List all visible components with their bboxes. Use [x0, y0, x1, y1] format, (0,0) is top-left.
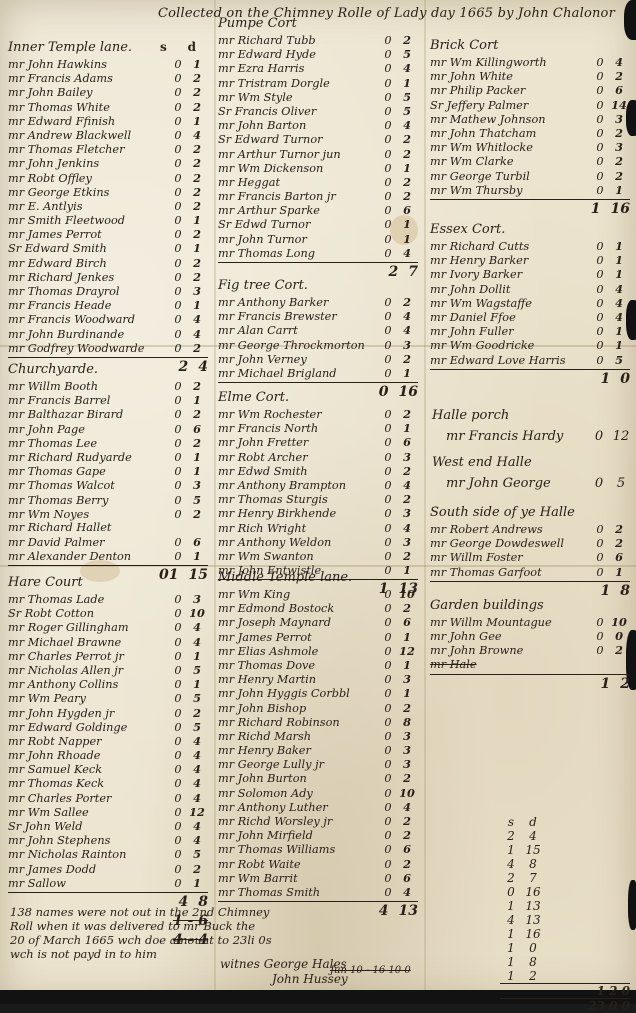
- ledger-entry: mr Willm Booth02: [8, 379, 208, 393]
- householder-name: mr Thomas Lade: [8, 593, 170, 606]
- ledger-entry: mr Thomas Smith04: [218, 885, 418, 899]
- householder-name: mr Henry Birkhende: [218, 507, 380, 520]
- householder-name: mr Robt Napper: [8, 735, 170, 748]
- ledger-entry: mr Nicholas Rainton05: [8, 847, 208, 861]
- pence-value: 3: [396, 672, 418, 686]
- shillings-value: 0: [170, 437, 186, 450]
- ledger-entry: mr John Mirfield02: [218, 828, 418, 842]
- householder-name: mr James Perrot: [8, 228, 170, 241]
- householder-name: mr Wm Swanton: [218, 550, 380, 563]
- pence-value: 2: [186, 156, 208, 170]
- section-total: 12: [430, 674, 630, 692]
- householder-name: mr Thomas White: [8, 101, 170, 114]
- section-halle-porch: Halle porchmr Francis Hardy012: [432, 408, 632, 444]
- householder-name: mr Willm Mountague: [430, 616, 592, 629]
- section-title: Middle Temple lane.: [218, 570, 418, 585]
- shillings-value: 0: [380, 133, 396, 146]
- ledger-entry: mr Arthur Turnor jun02: [218, 147, 418, 161]
- ledger-entry: mr Tristram Dorgle01: [218, 76, 418, 90]
- householder-name: mr Thomas Drayrol: [8, 285, 170, 298]
- ledger-entry: mr James Perrot02: [8, 227, 208, 241]
- householder-name: mr Wm Thursby: [430, 184, 592, 197]
- pence-value: 0: [608, 629, 630, 643]
- shillings-value: 0: [170, 328, 186, 341]
- ledger-entry: mr Francis Barton jr02: [218, 189, 418, 203]
- householder-name: mr John Mirfield: [218, 829, 380, 842]
- householder-name: mr Heggat: [218, 176, 380, 189]
- pence-value: 1: [186, 549, 208, 563]
- summary-value: 4: [522, 829, 544, 843]
- shillings-value: 0: [380, 744, 396, 757]
- householder-name: mr Edward Love Harris: [430, 354, 592, 367]
- householder-name: mr Robert Andrews: [430, 523, 592, 536]
- householder-name: mr John Barton: [218, 119, 380, 132]
- householder-name: mr Edmond Bostock: [218, 602, 380, 615]
- pence-value: 1: [396, 686, 418, 700]
- householder-name: mr Alan Carrt: [218, 324, 380, 337]
- ledger-entry: mr Wm Goodricke01: [430, 338, 630, 352]
- pence-value: 2: [186, 341, 208, 355]
- householder-name: mr Mathew Johnson: [430, 113, 592, 126]
- shillings-value: 0: [380, 507, 396, 520]
- ledger-entry: mr Richd Marsh03: [218, 729, 418, 743]
- ledger-entry: mr Philip Packer06: [430, 83, 630, 97]
- summary-value: 1: [500, 941, 522, 955]
- shillings-value: 0: [592, 630, 608, 643]
- shillings-value: 0: [380, 176, 396, 189]
- pence-value: 2: [186, 436, 208, 450]
- pence-value: 2: [608, 126, 630, 140]
- shillings-value: 0: [170, 129, 186, 142]
- householder-name: mr Wm Killingworth: [430, 56, 592, 69]
- shillings-value: 0: [170, 494, 186, 507]
- shillings-value: 0: [380, 451, 396, 464]
- shillings-value: 0: [592, 113, 608, 126]
- ledger-entry: mr Wm Noyes02: [8, 507, 208, 521]
- total-shillings: 1: [601, 583, 611, 599]
- householder-name: mr Anthony Collins: [8, 678, 170, 691]
- householder-name: mr Michael Brawne: [8, 636, 170, 649]
- shillings-value: 0: [380, 162, 396, 175]
- shillings-value: 0: [170, 721, 186, 734]
- shillings-value: 0: [380, 436, 396, 449]
- ledger-entry: mr Thomas Fletcher02: [8, 142, 208, 156]
- pence-value: 1: [186, 876, 208, 890]
- pence-value: 4: [186, 762, 208, 776]
- householder-name: mr Henry Barker: [430, 254, 592, 267]
- ledger-entry: mr Wm Killingworth04: [430, 55, 630, 69]
- householder-name: mr George Dowdeswell: [430, 537, 592, 550]
- shillings-value: 0: [170, 214, 186, 227]
- pence-value: 3: [396, 757, 418, 771]
- ledger-entry: mr Samuel Keck04: [8, 762, 208, 776]
- shillings-value: 0: [170, 72, 186, 85]
- shillings-value: 0: [380, 119, 396, 132]
- householder-name: mr John Hyggis Corbbl: [218, 687, 380, 700]
- shillings-value: 0: [380, 367, 396, 380]
- ledger-entry: mr Charles Perrot jr01: [8, 649, 208, 663]
- ledger-entry: mr E. Antlyis02: [8, 199, 208, 213]
- shillings-value: 0: [170, 508, 186, 521]
- householder-name: mr Richd Marsh: [218, 730, 380, 743]
- ledger-entry: mr John Rhoade04: [8, 748, 208, 762]
- householder-name: mr John Hawkins: [8, 58, 170, 71]
- ledger-entry: mr John Burton02: [218, 771, 418, 785]
- householder-name: mr Thomas Williams: [218, 843, 380, 856]
- ledger-entry: mr John Hawkins01: [8, 57, 208, 71]
- summary-value: 8: [522, 955, 544, 969]
- pence-value: 4: [396, 323, 418, 337]
- shillings-value: 0: [170, 271, 186, 284]
- pence-value: 4: [186, 833, 208, 847]
- pence-value: 1: [186, 114, 208, 128]
- pence-value: 1: [186, 57, 208, 71]
- ledger-entry: mr Edward Goldinge05: [8, 720, 208, 734]
- shillings-value: 0: [170, 451, 186, 464]
- ledger-entry: mr Michael Brigland01: [218, 366, 418, 380]
- householder-name: mr Roger Gillingham: [8, 621, 170, 634]
- ledger-entry: mr Daniel Ffoe04: [430, 310, 630, 324]
- shillings-value: 0: [592, 616, 608, 629]
- householder-name: mr Willm Booth: [8, 380, 170, 393]
- ledger-entry: mr Arthur Sparke06: [218, 203, 418, 217]
- pence-value: 12: [396, 644, 418, 658]
- witness-signature: John Hussey: [272, 972, 348, 986]
- shillings-value: 0: [170, 863, 186, 876]
- pence-value: 2: [396, 857, 418, 871]
- shillings-value: 0: [170, 607, 186, 620]
- pence-value: 1: [608, 183, 630, 197]
- householder-name: mr Godfrey Woodwarde: [8, 342, 170, 355]
- ledger-entry: mr Richard Cutts01: [430, 239, 630, 253]
- pence-value: 1: [186, 464, 208, 478]
- section-inner-temple-lane: Inner Temple lane.mr John Hawkins01mr Fr…: [8, 40, 208, 375]
- shillings-value: 0: [170, 650, 186, 663]
- pence-value: 4: [396, 309, 418, 323]
- householder-name: mr Andrew Blackwell: [8, 129, 170, 142]
- summary-value: 1: [500, 969, 522, 983]
- note-line: 138 names were not out in the 2nd Chimne…: [10, 905, 350, 919]
- pence-value: 1: [396, 630, 418, 644]
- shillings-value: 0: [170, 479, 186, 492]
- ledger-entry: mr George Lully jr03: [218, 757, 418, 771]
- manuscript-page: Collected on the Chimney Rolle of Lady d…: [0, 0, 636, 1000]
- total-shillings: 1: [601, 676, 611, 692]
- ledger-entry: mr Edwd Smith02: [218, 464, 418, 478]
- ledger-entry: mr Smith Fleetwood01: [8, 213, 208, 227]
- pence-value: 4: [396, 800, 418, 814]
- ledger-entry: mr Ivory Barker01: [430, 267, 630, 281]
- section-elme-cort: Elme Cort.mr Wm Rochester02mr Francis No…: [218, 390, 418, 597]
- shillings-value: 0: [592, 523, 608, 536]
- pence-value: 4: [396, 521, 418, 535]
- householder-name: mr John Fuller: [430, 325, 592, 338]
- summary-value: 2: [500, 829, 522, 843]
- pence-value: 3: [396, 450, 418, 464]
- shillings-value: 0: [170, 465, 186, 478]
- householder-name: Sr Edward Smith: [8, 242, 170, 255]
- householder-name: mr Francis Woodward: [8, 313, 170, 326]
- householder-name: mr Philip Packer: [430, 84, 592, 97]
- pence-value: 1: [608, 267, 630, 281]
- pence-value: 5: [610, 476, 632, 491]
- ledger-entry: mr Hale: [430, 658, 630, 672]
- section-hare-court: Hare Courtmr Thomas Lade03Sr Robt Cotton…: [8, 575, 208, 948]
- pence-value: 2: [186, 270, 208, 284]
- householder-name: mr John Bailey: [8, 86, 170, 99]
- shillings-value: 0: [592, 566, 608, 579]
- summary-value: 0: [500, 885, 522, 899]
- householder-name: mr Nicholas Rainton: [8, 848, 170, 861]
- ledger-entry: mr Balthazar Birard02: [8, 407, 208, 421]
- householder-name: mr Daniel Ffoe: [430, 311, 592, 324]
- witness-block: witnes George Hales John Hussey: [220, 957, 348, 987]
- householder-name: mr Wm Dickenson: [218, 162, 380, 175]
- householder-name: mr Willm Foster: [430, 551, 592, 564]
- householder-name: mr Richard Cutts: [430, 240, 592, 253]
- ledger-entry: mr George Turbil02: [430, 169, 630, 183]
- ledger-entry: mr Richard Hallet: [8, 521, 208, 535]
- pence-value: 1: [608, 565, 630, 579]
- householder-name: mr Nicholas Allen jr: [8, 664, 170, 677]
- ledger-entry: mr Thomas Lade03: [8, 592, 208, 606]
- shillings-value: 0: [592, 141, 608, 154]
- ledger-entry: mr Charles Porter04: [8, 791, 208, 805]
- pence-value: 2: [608, 169, 630, 183]
- pence-value: 2: [186, 71, 208, 85]
- ledger-entry: mr Robt Napper04: [8, 734, 208, 748]
- shillings-value: 0: [380, 616, 396, 629]
- householder-name: mr Henry Martin: [218, 673, 380, 686]
- ledger-entry: mr Willm Foster06: [430, 550, 630, 564]
- ledger-entry: mr Edward Love Harris05: [430, 353, 630, 367]
- summary-row: 18: [500, 955, 630, 969]
- shillings-value: 0: [380, 422, 396, 435]
- total-shillings: 4: [379, 903, 389, 919]
- shillings-value: 0: [380, 190, 396, 203]
- householder-name: mr Wm Goodricke: [430, 339, 592, 352]
- shillings-value: 0: [592, 127, 608, 140]
- total-pence: 16: [611, 201, 630, 217]
- summary-value: 0: [522, 941, 544, 955]
- total-pence: 8: [620, 583, 630, 599]
- householder-name: mr Wm Style: [218, 91, 380, 104]
- ledger-entry: mr Edmond Bostock02: [218, 601, 418, 615]
- shillings-value: 0: [380, 886, 396, 899]
- summary-value: 1: [500, 927, 522, 941]
- ledger-entry: mr Wm Peary05: [8, 691, 208, 705]
- pence-value: 3: [608, 140, 630, 154]
- ledger-entry: mr Edward Ffinish01: [8, 114, 208, 128]
- pence-value: 5: [186, 691, 208, 705]
- householder-name: mr Thomas Berry: [8, 494, 170, 507]
- pence-value: 1: [186, 213, 208, 227]
- pence-value: 8: [396, 715, 418, 729]
- ledger-entry: mr George Etkins02: [8, 185, 208, 199]
- shillings-value: 0: [380, 77, 396, 90]
- ledger-entry: mr John Hygden jr02: [8, 706, 208, 720]
- section-churchyarde: Churchyarde.mr Willm Booth02mr Francis B…: [8, 362, 208, 583]
- ledger-entry: mr Thomas Drayrol03: [8, 284, 208, 298]
- householder-name: mr Ezra Harris: [218, 62, 380, 75]
- ledger-entry: mr Thomas Garfoot01: [430, 565, 630, 579]
- total-pence: 0: [620, 371, 630, 387]
- shillings-value: 0: [592, 70, 608, 83]
- ledger-entry: Sr Edward Smith01: [8, 241, 208, 255]
- householder-name: mr John Stephens: [8, 834, 170, 847]
- householder-name: mr Michael Brigland: [218, 367, 380, 380]
- householder-name: mr Elias Ashmole: [218, 645, 380, 658]
- shillings-value: 0: [380, 233, 396, 246]
- summary-row: 27: [500, 871, 630, 885]
- householder-name: mr James Dodd: [8, 863, 170, 876]
- pence-value: 10: [608, 615, 630, 629]
- section-title: Garden buildings: [430, 598, 630, 613]
- ledger-entry: mr Henry Barker01: [430, 253, 630, 267]
- shillings-value: 0: [170, 806, 186, 819]
- shillings-value: 0: [380, 34, 396, 47]
- pence-value: 3: [396, 729, 418, 743]
- householder-name: mr Anthony Luther: [218, 801, 380, 814]
- householder-name: mr John Verney: [218, 353, 380, 366]
- summary-value: 16: [522, 927, 544, 941]
- summary-subtotal: 1 2 0: [500, 983, 630, 998]
- pence-value: 2: [396, 828, 418, 842]
- ledger-entry: mr Wm Swanton02: [218, 549, 418, 563]
- ledger-entry: mr George Dowdeswell02: [430, 536, 630, 550]
- pence-value: 1: [186, 677, 208, 691]
- shillings-value: 0: [380, 536, 396, 549]
- pence-value: 1: [186, 649, 208, 663]
- shillings-value: 0: [592, 170, 608, 183]
- pence-value: 4: [186, 734, 208, 748]
- shillings-value: 0: [170, 342, 186, 355]
- shillings-value: 0: [380, 62, 396, 75]
- shillings-value: 0: [170, 380, 186, 393]
- pence-value: 4: [186, 620, 208, 634]
- householder-name: mr Thomas Lee: [8, 437, 170, 450]
- shillings-value: 0: [170, 242, 186, 255]
- pence-value: 4: [608, 296, 630, 310]
- ledger-entry: mr John Stephens04: [8, 833, 208, 847]
- householder-name: mr Wm King: [218, 588, 380, 601]
- pence-value: 1: [186, 298, 208, 312]
- pence-value: 3: [186, 478, 208, 492]
- shillings-value: 0: [380, 716, 396, 729]
- shillings-value: 0: [380, 702, 396, 715]
- pence-value: 2: [396, 175, 418, 189]
- householder-name: Sr Edwd Turnor: [218, 218, 380, 231]
- householder-name: mr Alexander Denton: [8, 550, 170, 563]
- ledger-entry: mr Wm Thursby01: [430, 183, 630, 197]
- summary-value: 15: [522, 843, 544, 857]
- householder-name: mr Thomas Fletcher: [8, 143, 170, 156]
- ledger-entry: mr Wm Clarke02: [430, 154, 630, 168]
- shillings-value: 0: [380, 843, 396, 856]
- householder-name: Sr Francis Oliver: [218, 105, 380, 118]
- householder-name: mr James Perrot: [218, 631, 380, 644]
- ledger-entry: mr Andrew Blackwell04: [8, 128, 208, 142]
- shillings-value: 0: [170, 115, 186, 128]
- shillings-value: 0: [170, 228, 186, 241]
- householder-name: mr Francis Barton jr: [218, 190, 380, 203]
- ledger-entry: mr Wm Rochester02: [218, 407, 418, 421]
- ledger-entry: mr John Bailey02: [8, 85, 208, 99]
- shillings-value: 0: [592, 184, 608, 197]
- shillings-value: 0: [380, 479, 396, 492]
- pence-value: 2: [396, 189, 418, 203]
- pence-value: 6: [396, 842, 418, 856]
- ledger-entry: mr David Palmer06: [8, 535, 208, 549]
- householder-name: mr Wm Whitlocke: [430, 141, 592, 154]
- shillings-value: 0: [380, 801, 396, 814]
- householder-name: mr John Page: [8, 423, 170, 436]
- shillings-value: 0: [380, 631, 396, 644]
- shillings-value: 0: [170, 58, 186, 71]
- ledger-entry: mr Godfrey Woodwarde02: [8, 341, 208, 355]
- shillings-value: 0: [380, 730, 396, 743]
- section-fig-tree-cort: Fig tree Cort.mr Anthony Barker02mr Fran…: [218, 278, 418, 400]
- ledger-entry: mr Thomas Keck04: [8, 776, 208, 790]
- pence-value: 10: [396, 786, 418, 800]
- total-pence: 2: [620, 676, 630, 692]
- ledger-entry: mr Thomas Berry05: [8, 493, 208, 507]
- pence-value: 2: [608, 536, 630, 550]
- householder-name: mr John Turnor: [218, 233, 380, 246]
- householder-name: mr Francis North: [218, 422, 380, 435]
- section-brick-cort: Brick Cortmr Wm Killingworth04mr John Wh…: [430, 38, 630, 217]
- ledger-entry: mr Henry Martin03: [218, 672, 418, 686]
- shillings-value: 0: [592, 339, 608, 352]
- note-paragraph: 138 names were not out in the 2nd Chimne…: [10, 905, 350, 961]
- householder-name: mr Anthony Brampton: [218, 479, 380, 492]
- summary-row: 016: [500, 885, 630, 899]
- shillings-value: 0: [592, 240, 608, 253]
- householder-name: mr John Thatcham: [430, 127, 592, 140]
- ledger-entry: mr Roger Gillingham04: [8, 620, 208, 634]
- pence-value: 6: [608, 550, 630, 564]
- pence-value: 3: [396, 535, 418, 549]
- pence-value: 2: [186, 171, 208, 185]
- section-total: 10: [430, 369, 630, 387]
- ledger-entry: mr Ezra Harris04: [218, 61, 418, 75]
- shillings-value: 0: [592, 99, 608, 112]
- ledger-entry: mr Sallow01: [8, 876, 208, 890]
- ledger-entry: mr Solomon Ady010: [218, 786, 418, 800]
- ledger-entry: mr James Perrot01: [218, 630, 418, 644]
- pence-value: 2: [186, 256, 208, 270]
- shillings-value: 0: [380, 493, 396, 506]
- pence-value: 5: [608, 353, 630, 367]
- shillings-value: 0: [380, 787, 396, 800]
- section-title: Churchyarde.: [8, 362, 208, 377]
- pence-value: 6: [608, 83, 630, 97]
- ledger-entry: mr Richd Worsley jr02: [218, 814, 418, 828]
- pence-value: 12: [186, 805, 208, 819]
- ledger-entry: mr Elias Ashmole012: [218, 644, 418, 658]
- ledger-entry: mr Anthony Collins01: [8, 677, 208, 691]
- ledger-entry: mr Francis Woodward04: [8, 312, 208, 326]
- ledger-entry: mr Richard Rudyarde01: [8, 450, 208, 464]
- ledger-entry: mr Robt Offley02: [8, 171, 208, 185]
- shillings-value: 0: [170, 157, 186, 170]
- pence-value: 2: [396, 549, 418, 563]
- ledger-entry: mr Thomas Gape01: [8, 464, 208, 478]
- pence-value: 2: [396, 701, 418, 715]
- ledger-entry: mr John Fuller01: [430, 324, 630, 338]
- summary-value: 8: [522, 857, 544, 871]
- ledger-entry: mr Richard Jenkes02: [8, 270, 208, 284]
